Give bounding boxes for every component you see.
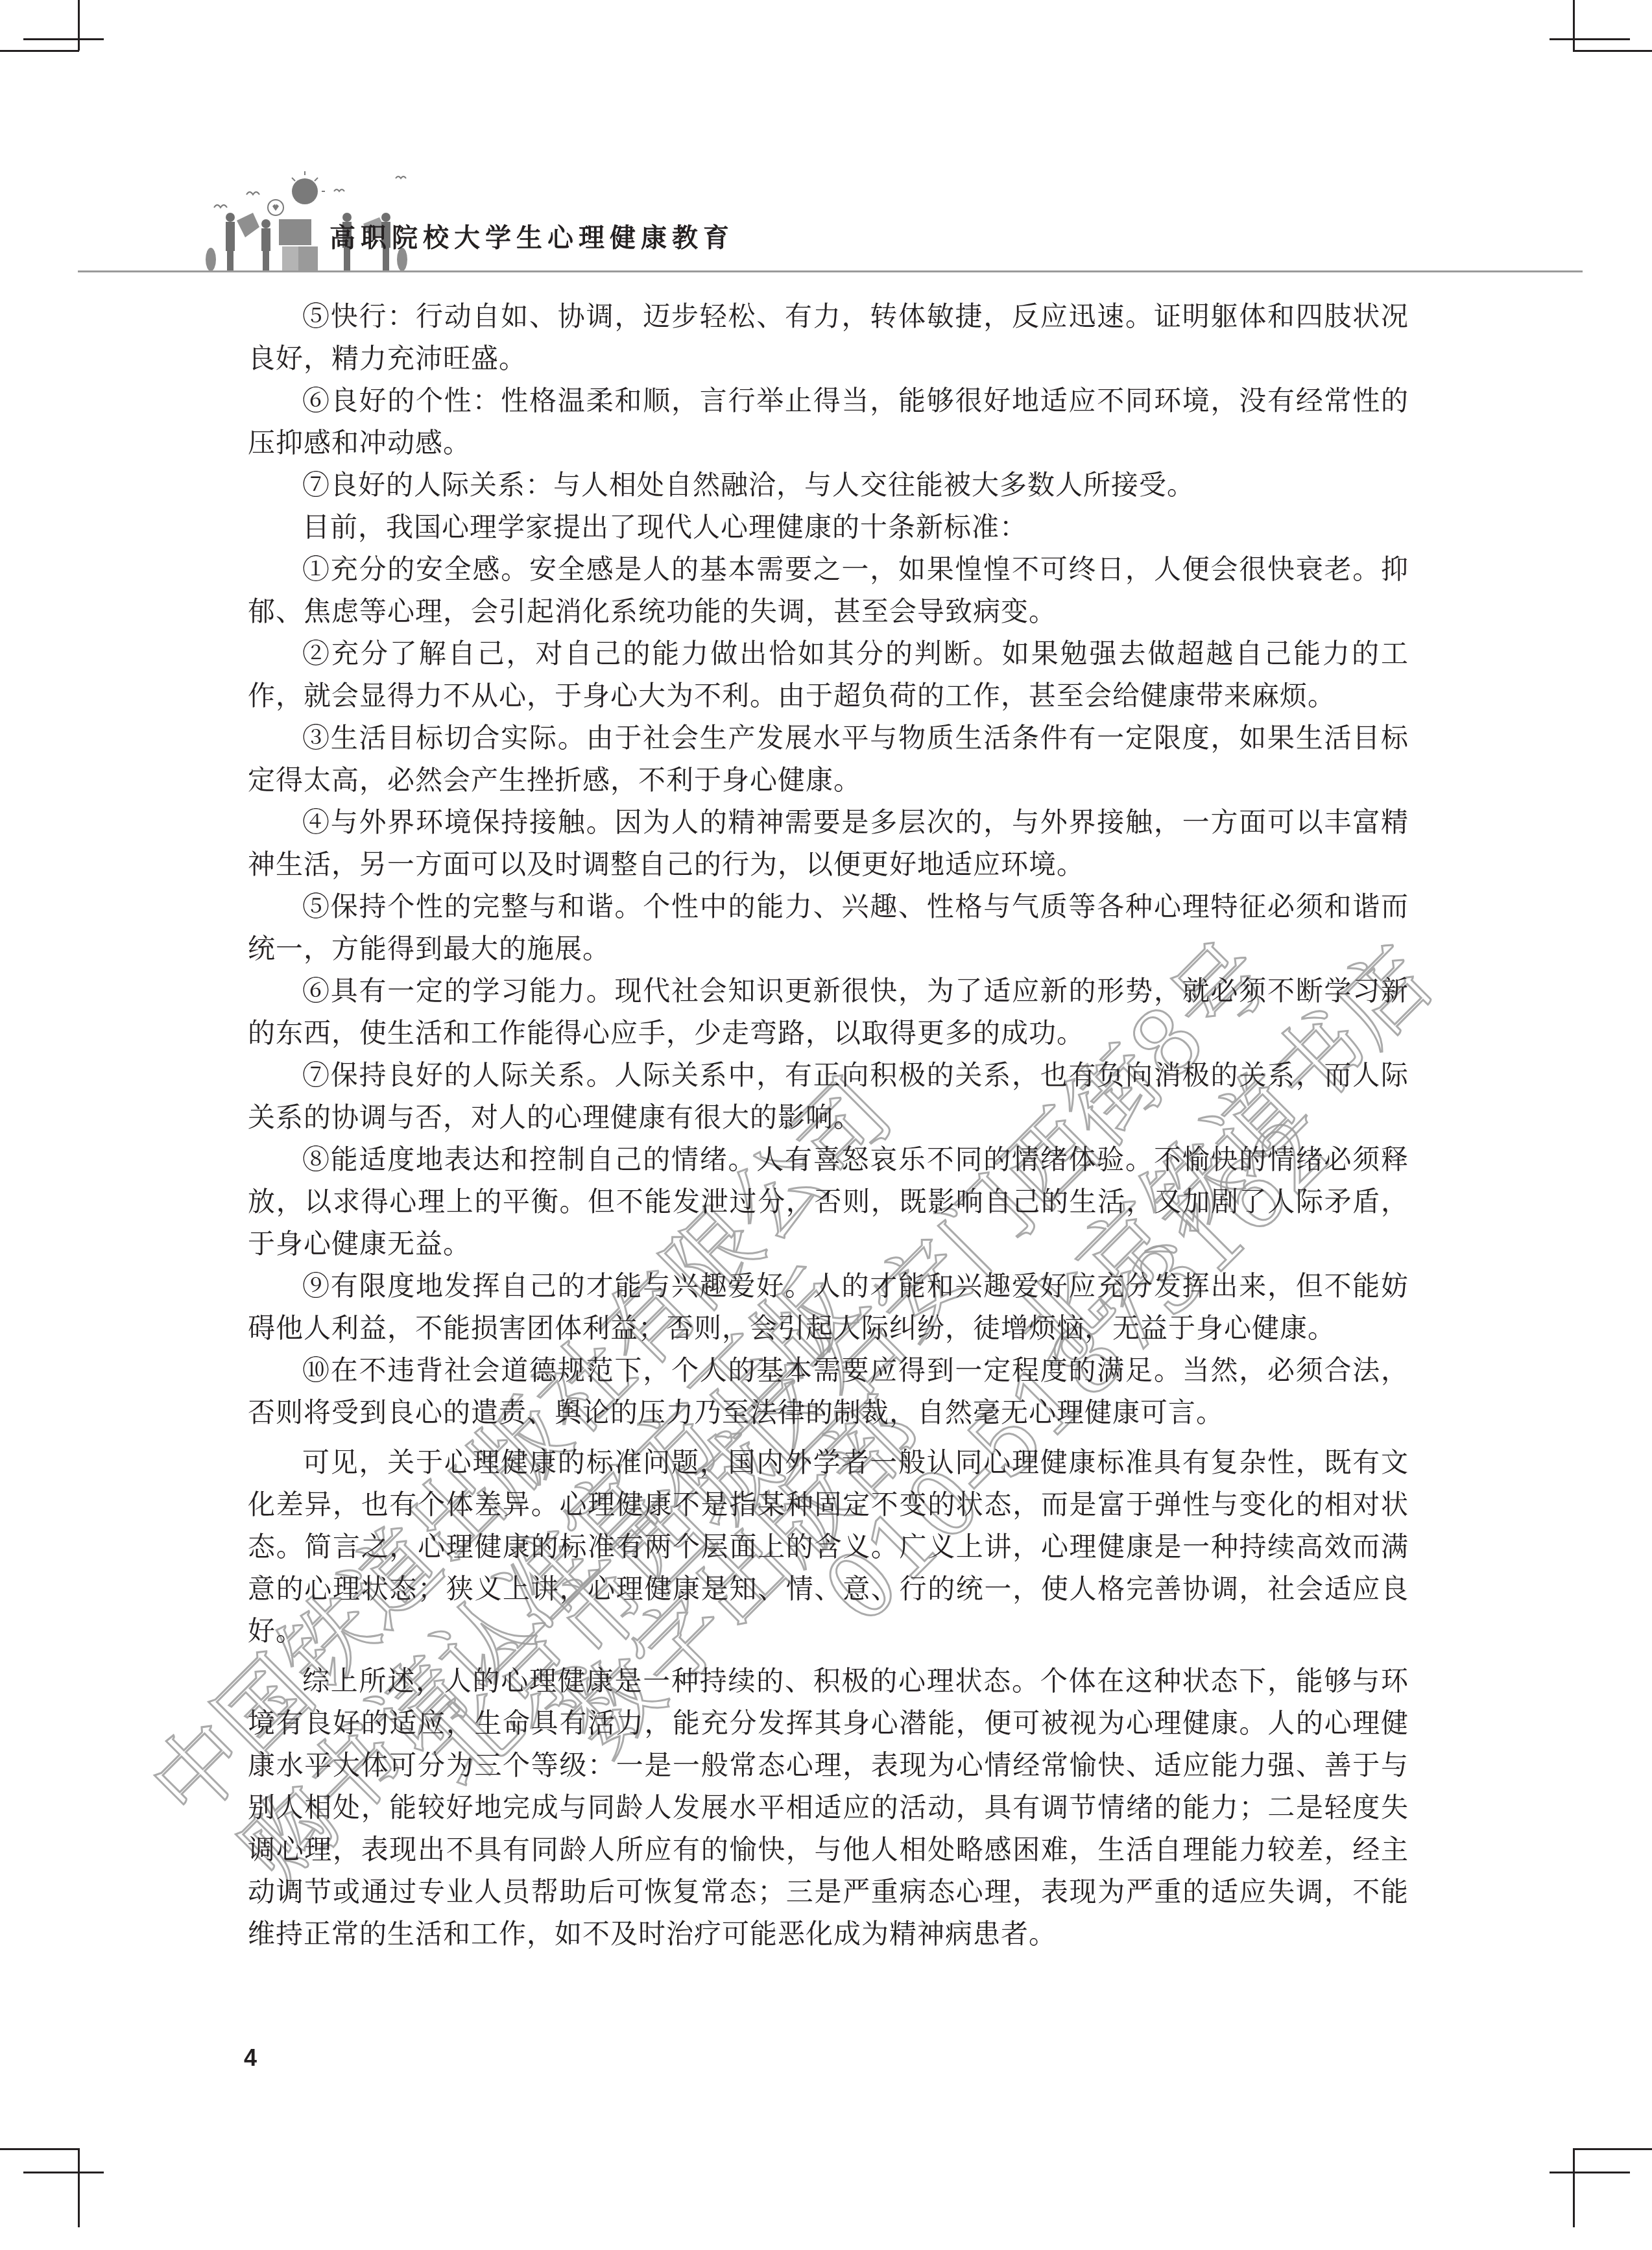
paragraph-standards-discussion: 可见，关于心理健康的标准问题，国内外学者一般认同心理健康标准具有复杂性，既有文化… — [248, 1441, 1409, 1652]
crop-mark-top-right-tick — [1550, 38, 1630, 40]
crop-mark-top-left-vertical — [78, 0, 80, 51]
book-title: 高职院校大学生心理健康教育 — [329, 217, 734, 254]
standard-1-security: ①充分的安全感。安全感是人的基本需要之一，如果惶惶不可终日，人便会很快衰老。抑郁… — [248, 548, 1409, 632]
paragraph-ten-standards-intro: 目前，我国心理学家提出了现代人心理健康的十条新标准： — [248, 506, 1409, 548]
crop-mark-top-right-horizontal — [1573, 50, 1652, 52]
standard-8-emotions: ⑧能适度地表达和控制自己的情绪。人有喜怒哀乐不同的情绪体验。不愉快的情绪必须释放… — [248, 1138, 1409, 1265]
standard-4-contact-environment: ④与外界环境保持接触。因为人的精神需要是多层次的，与外界接触，一方面可以丰富精神… — [248, 801, 1409, 885]
paragraph-fast-movement: ⑤快行：行动自如、协调，迈步轻松、有力，转体敏捷，反应迅速。证明躯体和四肢状况良… — [248, 295, 1409, 379]
paragraph-good-relationships: ⑦良好的人际关系：与人相处自然融洽，与人交往能被大多数人所接受。 — [248, 464, 1409, 506]
paragraph-good-personality: ⑥良好的个性：性格温柔和顺，言行举止得当，能够很好地适应不同环境，没有经常性的压… — [248, 379, 1409, 464]
standard-5-personality-integrity: ⑤保持个性的完整与和谐。个性中的能力、兴趣、性格与气质等各种心理特征必须和谐而统… — [248, 885, 1409, 970]
crop-mark-bottom-right-vertical — [1573, 2148, 1575, 2227]
standard-6-learning-ability: ⑥具有一定的学习能力。现代社会知识更新很快，为了适应新的形势，就必须不断学习新的… — [248, 970, 1409, 1054]
standard-7-relationships: ⑦保持良好的人际关系。人际关系中，有正向积极的关系，也有负向消极的关系，而人际关… — [248, 1054, 1409, 1138]
crop-mark-bottom-left-tick — [23, 2172, 104, 2173]
crop-mark-top-left-tick — [23, 38, 104, 40]
running-header: 高职院校大学生心理健康教育 — [78, 162, 1583, 272]
paragraph-summary-three-levels: 综上所述，人的心理健康是一种持续的、积极的心理状态。个体在这种状态下，能够与环境… — [248, 1660, 1409, 1955]
standard-3-realistic-goals: ③生活目标切合实际。由于社会生产发展水平与物质生活条件有一定限度，如果生活目标定… — [248, 717, 1409, 801]
header-divider — [78, 270, 1583, 272]
crop-mark-bottom-right-horizontal — [1573, 2148, 1652, 2150]
standard-2-self-knowledge: ②充分了解自己，对自己的能力做出恰如其分的判断。如果勉强去做超越自己能力的工作，… — [248, 632, 1409, 717]
crop-mark-bottom-left-horizontal — [0, 2148, 79, 2150]
standard-9-talents: ⑨有限度地发挥自己的才能与兴趣爱好。人的才能和兴趣爱好应充分发挥出来，但不能妨碍… — [248, 1265, 1409, 1349]
crop-mark-top-right-vertical — [1573, 0, 1575, 51]
crop-mark-top-left-horizontal — [0, 50, 79, 52]
body-text: ⑤快行：行动自如、协调，迈步轻松、有力，转体敏捷，反应迅速。证明躯体和四肢状况良… — [248, 295, 1409, 1955]
standard-10-basic-needs: ⑩在不违背社会道德规范下，个人的基本需要应得到一定程度的满足。当然，必须合法，否… — [248, 1349, 1409, 1433]
crop-mark-bottom-left-vertical — [78, 2148, 80, 2227]
page-number: 4 — [244, 2044, 257, 2072]
crop-mark-bottom-right-tick — [1550, 2172, 1630, 2173]
